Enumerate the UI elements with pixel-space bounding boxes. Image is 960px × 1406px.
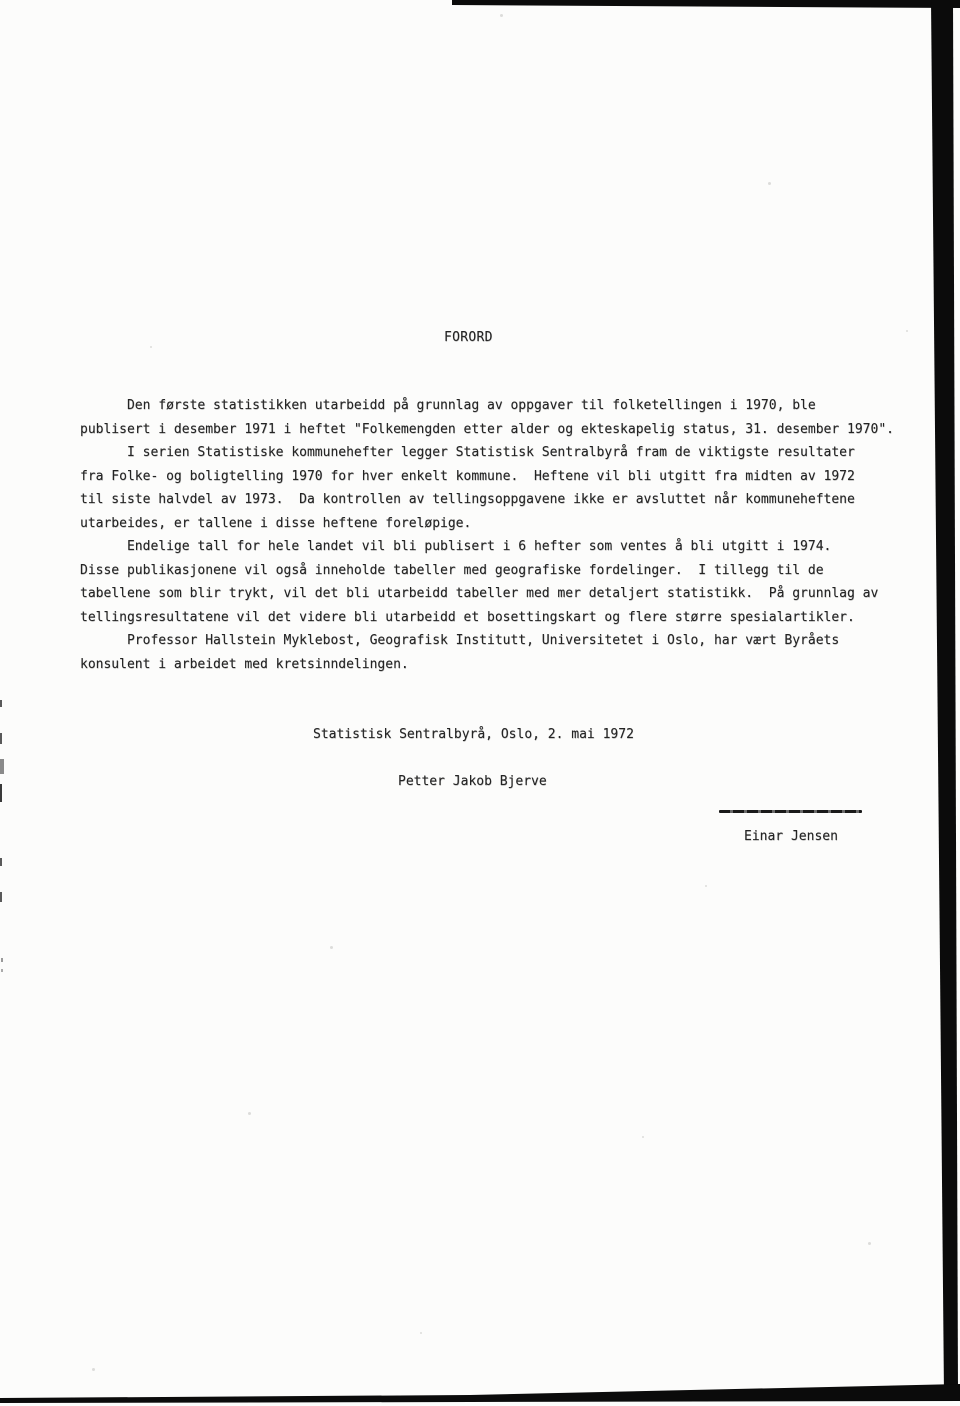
body-line: Disse publikasjonene vil også inneholde … bbox=[80, 559, 894, 583]
body-line: Den første statistikken utarbeidd på gru… bbox=[80, 394, 894, 418]
scan-speck bbox=[330, 946, 333, 949]
body-line: Professor Hallstein Myklebost, Geografis… bbox=[80, 629, 894, 653]
scan-border-artifacts bbox=[0, 0, 960, 1406]
signoff-director-name: Petter Jakob Bjerve bbox=[398, 774, 547, 789]
scan-speck bbox=[705, 885, 707, 887]
signoff-signatory-name: Einar Jensen bbox=[744, 829, 838, 844]
body-line: til siste halvdel av 1973. Da kontrollen… bbox=[80, 488, 894, 512]
scan-speck bbox=[150, 346, 152, 348]
signoff-place-date: Statistisk Sentralbyrå, Oslo, 2. mai 197… bbox=[313, 727, 634, 742]
body-line: Endelige tall for hele landet vil bli pu… bbox=[80, 535, 894, 559]
body-line: tellingsresultatene vil det videre bli u… bbox=[80, 606, 894, 630]
body-line: utarbeides, er tallene i disse heftene f… bbox=[80, 512, 894, 536]
scan-speck bbox=[642, 1136, 644, 1138]
body-line: publisert i desember 1971 i heftet "Folk… bbox=[80, 418, 894, 442]
scanned-document-page: FORORD Den første statistikken utarbeidd… bbox=[0, 0, 960, 1406]
scan-speck bbox=[92, 1368, 95, 1371]
scan-speck bbox=[906, 330, 908, 332]
scan-edge-ticks bbox=[0, 700, 4, 972]
body-line: konsulent i arbeidet med kretsinndelinge… bbox=[80, 653, 894, 677]
page-title: FORORD bbox=[444, 330, 493, 345]
body-text: Den første statistikken utarbeidd på gru… bbox=[80, 394, 894, 677]
scan-speck bbox=[768, 182, 771, 185]
scan-border-bottom bbox=[0, 1384, 960, 1403]
scan-border-top bbox=[452, 0, 960, 8]
body-line: I serien Statistiske kommunehefter legge… bbox=[80, 441, 894, 465]
body-line: fra Folke- og boligtelling 1970 for hver… bbox=[80, 465, 894, 489]
scan-speck bbox=[868, 1242, 871, 1245]
scan-speck bbox=[248, 1112, 251, 1115]
scan-speck bbox=[420, 1332, 422, 1334]
scan-border-right bbox=[931, 0, 958, 1396]
scan-speck bbox=[500, 14, 503, 17]
body-line: tabellene som blir trykt, vil det bli ut… bbox=[80, 582, 894, 606]
signature-rule-line bbox=[719, 810, 862, 813]
